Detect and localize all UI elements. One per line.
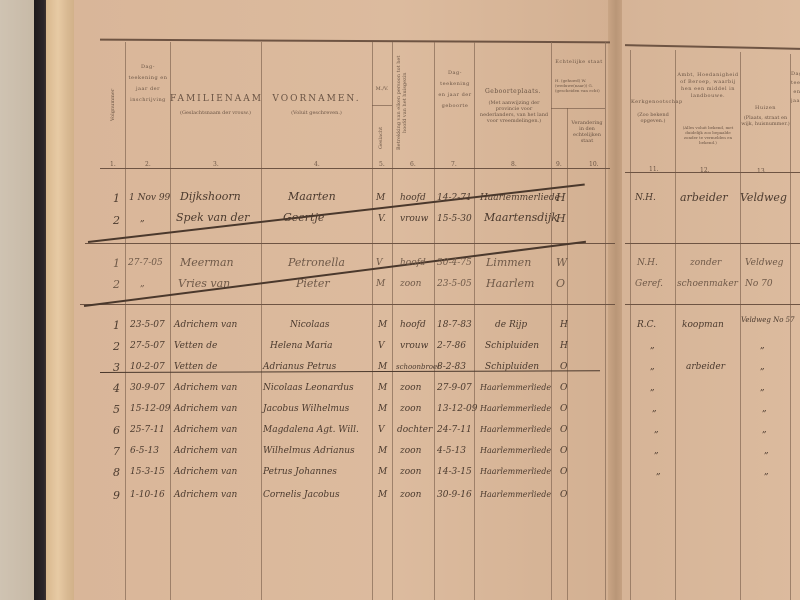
cell-surname: Adrichem van (174, 383, 237, 393)
cell-place: Limmen (486, 256, 531, 269)
cell-surname: Meerman (180, 256, 234, 269)
cell-house: Veldweg (745, 258, 783, 268)
header-geboorteplaats-sub: (Met aanwijzing der provincie voor neder… (478, 100, 550, 124)
cell-birth: 8-2-83 (437, 362, 466, 372)
col-divider (261, 42, 262, 600)
cell-sex: M (378, 362, 387, 372)
cell-profession: zonder (690, 258, 721, 268)
colnum: 1. (110, 161, 116, 168)
col-divider (630, 50, 631, 600)
cell-civil: W (556, 256, 567, 269)
cell-birth: 14-3-15 (437, 467, 472, 477)
cell-place: Haarlemmerliede (480, 383, 551, 392)
header-bottom-rule (100, 168, 610, 169)
cell-nr: 5 (113, 403, 120, 416)
cell-house: „ (760, 341, 765, 351)
col-divider (740, 52, 741, 600)
header-volgnummer: Volgnummer (110, 60, 120, 150)
cell-given: Geertje (283, 211, 324, 224)
header-voornamen: VOORNAMEN. (261, 95, 372, 104)
cell-civil: O (556, 277, 565, 290)
header-geslacht: Geslacht (378, 118, 386, 158)
col-divider (605, 42, 606, 600)
group-separator (80, 304, 615, 305)
cell-profession: arbeider (686, 362, 725, 372)
cell-given: Jacobus Wilhelmus (263, 404, 349, 414)
colnum: 11. (649, 166, 659, 173)
group-separator (625, 304, 800, 305)
cell-birth: 30-4-75 (437, 258, 472, 268)
cell-birth: 30-9-16 (437, 490, 472, 500)
cell-church: Geref. (635, 279, 663, 289)
cell-church: „ (654, 425, 659, 435)
cell-place: de Rijp (495, 320, 527, 330)
col-divider (790, 54, 791, 600)
cell-surname: Adrichem van (174, 490, 237, 500)
col-divider (170, 42, 171, 600)
cell-date: 10-2-07 (130, 362, 165, 372)
cell-nr: 8 (113, 466, 120, 479)
cell-place: Haarlemmerliede (480, 467, 551, 476)
background-surface (0, 0, 36, 600)
cell-date: 30-9-07 (130, 383, 165, 393)
cell-given: Cornelis Jacobus (263, 490, 340, 500)
cell-relation: zoon (400, 383, 421, 393)
cell-church: „ (654, 446, 659, 456)
cell-place: Maartensdijk (484, 211, 558, 224)
col-divider (551, 42, 552, 600)
colnum: 12. (700, 167, 710, 174)
col-divider (675, 50, 676, 600)
cell-church: „ (656, 467, 661, 477)
cell-nr: 1 (113, 319, 120, 332)
colnum: 13. (757, 168, 767, 175)
cell-date: 1 Nov 99 (129, 193, 170, 203)
cell-birth: 24-7-11 (437, 425, 472, 435)
header-echtelijke-staat: Echtelijke staat (553, 58, 605, 67)
cell-house: „ (762, 404, 767, 414)
cell-relation: dochter (397, 425, 432, 435)
cell-nr: 1 (113, 192, 120, 205)
cell-sex: M (378, 320, 387, 330)
header-dagteekening-geboorte: Dag-teekening en jaar der geboorte (436, 68, 474, 112)
cell-civil: O (560, 425, 567, 435)
cell-relation: zoon (400, 279, 421, 289)
colnum: 2. (145, 161, 151, 168)
cell-sex: M (378, 446, 387, 456)
cell-relation: vrouw (400, 341, 428, 351)
cell-relation: hoofd (400, 320, 426, 330)
cell-church: „ (650, 341, 655, 351)
col-divider (392, 42, 393, 600)
cell-relation: zoon (400, 404, 421, 414)
cell-date: 23-5-07 (130, 320, 165, 330)
header-kerkgenootschap-sub: (Zoo bekend opgeven.) (631, 112, 675, 124)
cell-surname: Adrichem van (174, 425, 237, 435)
cell-house: Veldweg (740, 191, 787, 204)
header-geboorteplaats: Geboorteplaats. (476, 87, 550, 96)
colnum: 10. (589, 161, 599, 168)
cell-sex: M (378, 383, 387, 393)
cell-sex: M (376, 193, 385, 203)
cell-house: Veldweg No 57 (741, 316, 795, 324)
cell-civil: O (560, 446, 567, 456)
cell-birth: 27-9-07 (437, 383, 472, 393)
cell-birth: 13-12-09 (437, 404, 477, 414)
cell-nr: 9 (113, 489, 120, 502)
cell-date: 27-7-05 (128, 258, 163, 268)
cell-sex: M (378, 404, 387, 414)
cell-civil: H (556, 191, 566, 204)
cell-surname: Adrichem van (174, 320, 237, 330)
cell-birth: 23-5-05 (437, 279, 472, 289)
cell-birth: 14-2-71 (437, 193, 472, 203)
cell-civil: H (556, 212, 566, 225)
cell-house: „ (764, 446, 769, 456)
cell-civil: O (560, 404, 567, 414)
cell-civil: O (560, 467, 567, 477)
col-divider (434, 42, 435, 600)
cell-church: „ (652, 404, 657, 414)
cell-birth: 4-5-13 (437, 446, 466, 456)
cell-church: N.H. (637, 258, 658, 268)
cell-surname: Dijkshoorn (180, 190, 241, 203)
cell-nr: 2 (113, 214, 120, 227)
cell-house: „ (764, 467, 769, 477)
header-beroep: Ambt, Hoedanigheid of Beroep, waarbij he… (676, 72, 740, 100)
cell-house: „ (760, 362, 765, 372)
cell-place: Schipluiden (485, 341, 539, 351)
cell-civil: O (560, 362, 567, 372)
cell-given: Maarten (288, 190, 336, 203)
cell-given: Pieter (296, 277, 330, 290)
cell-relation: vrouw (400, 214, 428, 224)
cell-place: Haarlemmerliede (480, 490, 551, 499)
col-divider (125, 42, 126, 600)
colnum: 8. (511, 161, 517, 168)
page-edges (46, 0, 76, 600)
cell-place: Haarlemmerliede (480, 425, 551, 434)
cell-church: „ (650, 383, 655, 393)
cell-nr: 2 (113, 340, 120, 353)
cell-relation: hoofd (400, 193, 426, 203)
header-familienaam-sub: (Geslachtsnaam der vrouw.) (170, 110, 261, 116)
cell-place: Haarlemmerliede (480, 404, 551, 413)
header-subrule (372, 105, 392, 106)
cell-given: Petronella (288, 256, 345, 269)
cell-given: Nicolaas (290, 320, 329, 330)
cell-given: Wilhelmus Adrianus (263, 446, 355, 456)
cell-date: 15-3-15 (130, 467, 165, 477)
header-beroep-sub: (Alles voluit bekend, met duidelijk zoo … (678, 125, 738, 145)
cell-place: Haarlem (486, 277, 534, 290)
cell-given: Nicolaas Leonardus (263, 383, 354, 393)
cell-civil: H (560, 320, 568, 330)
cell-civil: O (560, 383, 567, 393)
cell-house: „ (760, 383, 765, 393)
cell-surname: Adrichem van (174, 404, 237, 414)
cell-given: Adrianus Petrus (263, 362, 336, 372)
cell-relation: zoon (400, 490, 421, 500)
col-divider (372, 42, 373, 600)
cell-surname: Vries van (178, 277, 230, 290)
group-separator (625, 243, 800, 244)
cell-civil: H (560, 341, 568, 351)
cell-church: R.C. (637, 320, 656, 330)
header-huizen-sub: (Plaats, straat en wijk, huisnummer.) (741, 115, 790, 127)
cell-surname: Adrichem van (174, 446, 237, 456)
cell-given: Petrus Johannes (263, 467, 337, 477)
cell-surname: Vetten de (174, 341, 217, 351)
cell-date: 6-5-13 (130, 446, 159, 456)
header-dagteekening-inschrijving: Dag-teekening en jaar der inschrijving (128, 62, 168, 106)
cell-birth: 15-5-30 (437, 214, 472, 224)
cell-surname: Adrichem van (174, 467, 237, 477)
header-familienaam: FAMILIENAAM (170, 95, 261, 104)
cell-nr: 7 (113, 445, 120, 458)
cell-date: 15-12-09 (130, 404, 170, 414)
cell-profession: schoenmaker (677, 279, 738, 289)
cell-date: 25-7-11 (130, 425, 165, 435)
header-echtelijke-staat-sub: H. (gehuwd) W. (weduwe(naar)) G. (gesche… (555, 78, 605, 93)
cell-profession: arbeider (680, 191, 728, 204)
col-divider (474, 42, 475, 600)
cell-surname: Spek van der (176, 211, 249, 224)
cell-birth: 2-7-86 (437, 341, 466, 351)
cell-date: „ (140, 279, 145, 289)
colnum: 3. (213, 161, 219, 168)
cell-sex: V (378, 341, 385, 351)
cell-nr: 3 (113, 361, 120, 374)
cell-relation: hoofd (400, 258, 426, 268)
cell-sex: M (376, 279, 385, 289)
cell-nr: 1 (113, 257, 120, 270)
header-voornamen-sub: (Voluit geschreven.) (261, 110, 372, 116)
cell-date: 1-10-16 (130, 490, 165, 500)
colnum: 7. (451, 161, 457, 168)
cell-sex: V. (378, 214, 386, 224)
cell-surname: Vetten de (174, 362, 217, 372)
cell-church: „ (650, 362, 655, 372)
cell-sex: V (378, 425, 385, 435)
cell-date: 27-5-07 (130, 341, 165, 351)
header-betrekking: Betrekking van elken persoon tot het hoo… (396, 48, 430, 158)
header-subrule (551, 108, 605, 109)
cell-church: N.H. (635, 193, 656, 203)
header-kerkgenootschap: Kerkgenootschap (631, 98, 675, 107)
cell-nr: 6 (113, 424, 120, 437)
cell-place: Haarlemmerliede (480, 446, 551, 455)
cell-sex: M (378, 490, 387, 500)
group-separator (85, 243, 615, 244)
header-col14: Dag-teekening en jaar... (791, 70, 800, 106)
cell-nr: 2 (113, 278, 120, 291)
cell-relation: zoon (400, 467, 421, 477)
colnum: 9. (556, 161, 562, 168)
header-verandering: Verandering in den echtelijken staat (569, 120, 605, 144)
colnum: 4. (314, 161, 320, 168)
header-mv: M./V. (372, 86, 392, 92)
col-divider (567, 108, 568, 600)
header-huizen: Huizen (741, 104, 790, 113)
colnum: 6. (410, 161, 416, 168)
cell-sex: M (378, 467, 387, 477)
cell-date: „ (140, 214, 145, 224)
cell-relation: schoonbroer (396, 363, 441, 371)
colnum: 5. (379, 161, 385, 168)
cell-sex: V (376, 258, 383, 268)
cell-place: Haarlemmerliede (480, 193, 560, 203)
cell-nr: 4 (113, 382, 120, 395)
cell-birth: 18-7-83 (437, 320, 472, 330)
cell-given: Magdalena Agt. Will. (263, 425, 359, 435)
cell-civil: O (560, 490, 567, 500)
cell-house: No 70 (745, 279, 773, 289)
cell-house: „ (762, 425, 767, 435)
cell-given: Helena Maria (270, 341, 333, 351)
cell-place: Schipluiden (485, 362, 539, 372)
cell-profession: koopman (682, 320, 724, 330)
cell-relation: zoon (400, 446, 421, 456)
